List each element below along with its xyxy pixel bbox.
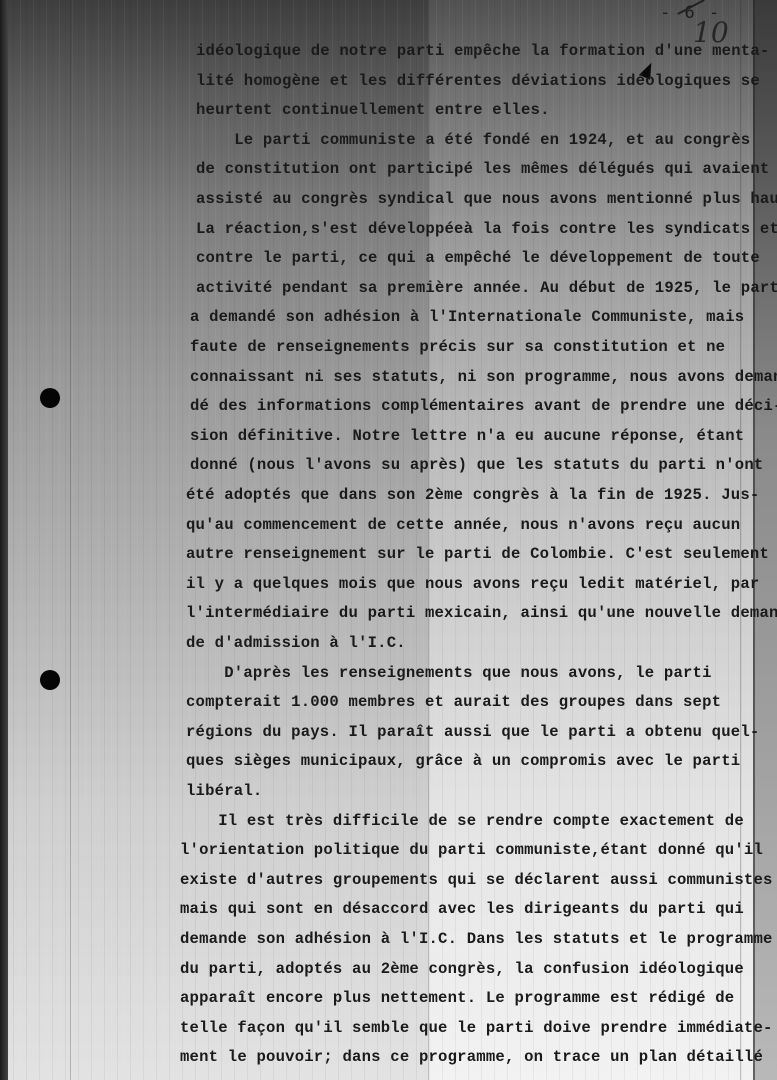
text-line: activité pendant sa première année. Au d… xyxy=(196,279,777,297)
text-line: heurtent continuellement entre elles. xyxy=(196,101,550,119)
text-line: compterait 1.000 membres et aurait des g… xyxy=(186,693,721,711)
text-line: autre renseignement sur le parti de Colo… xyxy=(186,545,769,563)
text-line: du parti, adoptés au 2ème congrès, la co… xyxy=(180,960,744,978)
text-line: demande son adhésion à l'I.C. Dans les s… xyxy=(180,930,773,948)
text-line: Il est très difficile de se rendre compt… xyxy=(180,812,744,830)
text-line: mais qui sont en désaccord avec les diri… xyxy=(180,900,744,918)
text-line: contre le parti, ce qui a empêché le dév… xyxy=(196,249,760,267)
text-line: de d'admission à l'I.C. xyxy=(186,634,406,652)
text-line: l'orientation politique du parti communi… xyxy=(180,841,763,859)
text-line: été adoptés que dans son 2ème congrès à … xyxy=(186,486,759,504)
text-line: Le parti communiste a été fondé en 1924,… xyxy=(196,131,750,149)
text-line: idéologique de notre parti empêche la fo… xyxy=(196,42,769,60)
text-line: ment le pouvoir; dans ce programme, on t… xyxy=(180,1048,763,1066)
text-line: La réaction,s'est développéeà la fois co… xyxy=(196,220,777,238)
text-line: D'après les renseignements que nous avon… xyxy=(186,664,712,682)
punch-hole-icon xyxy=(40,388,60,408)
text-line: a demandé son adhésion à l'International… xyxy=(190,308,744,326)
text-line: faute de renseignements précis sur sa co… xyxy=(190,338,725,356)
text-line: dé des informations complémentaires avan… xyxy=(190,397,777,415)
text-line: telle façon qu'il semble que le parti do… xyxy=(180,1019,773,1037)
page-left-edge xyxy=(0,0,8,1080)
text-line: sion définitive. Notre lettre n'a eu auc… xyxy=(190,427,744,445)
text-line: de constitution ont participé les mêmes … xyxy=(196,160,769,178)
text-line: apparaît encore plus nettement. Le progr… xyxy=(180,989,734,1007)
text-line: assisté au congrès syndical que nous avo… xyxy=(196,190,777,208)
text-line: il y a quelques mois que nous avons reçu… xyxy=(186,575,759,593)
scanned-page: - 6 - 10 idéologique de notre parti empê… xyxy=(0,0,777,1080)
punch-hole-icon xyxy=(40,670,60,690)
text-line: donné (nous l'avons su après) que les st… xyxy=(190,456,763,474)
text-line: libéral. xyxy=(186,782,262,800)
text-line: régions du pays. Il paraît aussi que le … xyxy=(186,723,759,741)
text-line: ques sièges municipaux, grâce à un compr… xyxy=(186,752,740,770)
text-line: existe d'autres groupements qui se décla… xyxy=(180,871,773,889)
scan-line xyxy=(70,0,71,1080)
text-line: qu'au commencement de cette année, nous … xyxy=(186,516,740,534)
text-line: connaissant ni ses statuts, ni son progr… xyxy=(190,368,777,386)
text-line: lité homogène et les différentes déviati… xyxy=(196,72,760,90)
text-line: l'intermédiaire du parti mexicain, ainsi… xyxy=(186,604,777,622)
